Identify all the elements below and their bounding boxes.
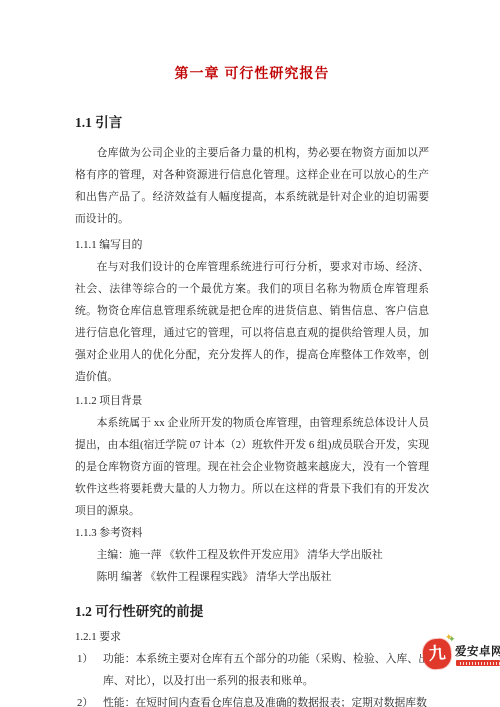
reference-line-1: 主编：施一萍 《软件工程及软件开发应用》 清华大学出版社 bbox=[75, 544, 429, 566]
requirements-list: 1） 功能：本系统主要对仓库有五个部分的功能（采购、检验、入库、出库、对比），以… bbox=[75, 648, 429, 707]
list-item-performance: 2） 性能：在短时间内查看仓库信息及准确的数据报表；定期对数据库数 bbox=[75, 692, 429, 707]
watermark-banner bbox=[456, 660, 500, 666]
list-marker: 2） bbox=[77, 692, 93, 707]
subsection-heading-1-2-1: 1.2.1 要求 bbox=[75, 626, 429, 648]
subsection-heading-1-1-2: 1.1.2 项目背景 bbox=[75, 390, 429, 412]
page-content: 第一章 可行性研究报告 1.1 引言 仓库做为公司企业的主要后备力量的机构，势必… bbox=[75, 0, 429, 707]
section-heading-1-2: 1.2 可行性研究的前提 bbox=[75, 604, 429, 620]
list-item-text: 性能：在短时间内查看仓库信息及准确的数据报表；定期对数据库数 bbox=[103, 697, 427, 707]
sparkle-icon: ✦ bbox=[445, 633, 453, 642]
paragraph-background: 本系统属于 xx 企业所开发的物质仓库管理，由管理系统总体设计人员提出，由本组(… bbox=[75, 412, 429, 522]
document-page: 第一章 可行性研究报告 1.1 引言 仓库做为公司企业的主要后备力量的机构，势必… bbox=[0, 0, 500, 707]
chapter-title: 第一章 可行性研究报告 bbox=[75, 64, 429, 82]
subsection-heading-1-1-1: 1.1.1 编写目的 bbox=[75, 234, 429, 256]
list-item-function: 1） 功能：本系统主要对仓库有五个部分的功能（采购、检验、入库、出库、对比），以… bbox=[75, 648, 429, 692]
list-item-text: 功能：本系统主要对仓库有五个部分的功能（采购、检验、入库、出库、对比），以及打出… bbox=[103, 653, 429, 687]
intro-paragraph: 仓库做为公司企业的主要后备力量的机构，势必要在物资方面加以严格有序的管理，对各种… bbox=[75, 142, 429, 230]
list-marker: 1） bbox=[77, 648, 93, 670]
watermark-site-name: 爱安卓网 bbox=[455, 643, 500, 659]
watermark: 九 ✦ 爱安卓网 bbox=[423, 636, 499, 682]
subsection-heading-1-1-3: 1.1.3 参考资料 bbox=[75, 522, 429, 544]
reference-line-2: 陈明 编著 《软件工程课程实践》 清华大学出版社 bbox=[75, 566, 429, 588]
watermark-seal-icon: 九 bbox=[422, 638, 453, 670]
paragraph-purpose: 在与对我们设计的仓库管理系统进行可行分析，要求对市场、经济、社会、法律等综合的一… bbox=[75, 256, 429, 388]
section-heading-1-1: 1.1 引言 bbox=[75, 115, 429, 131]
